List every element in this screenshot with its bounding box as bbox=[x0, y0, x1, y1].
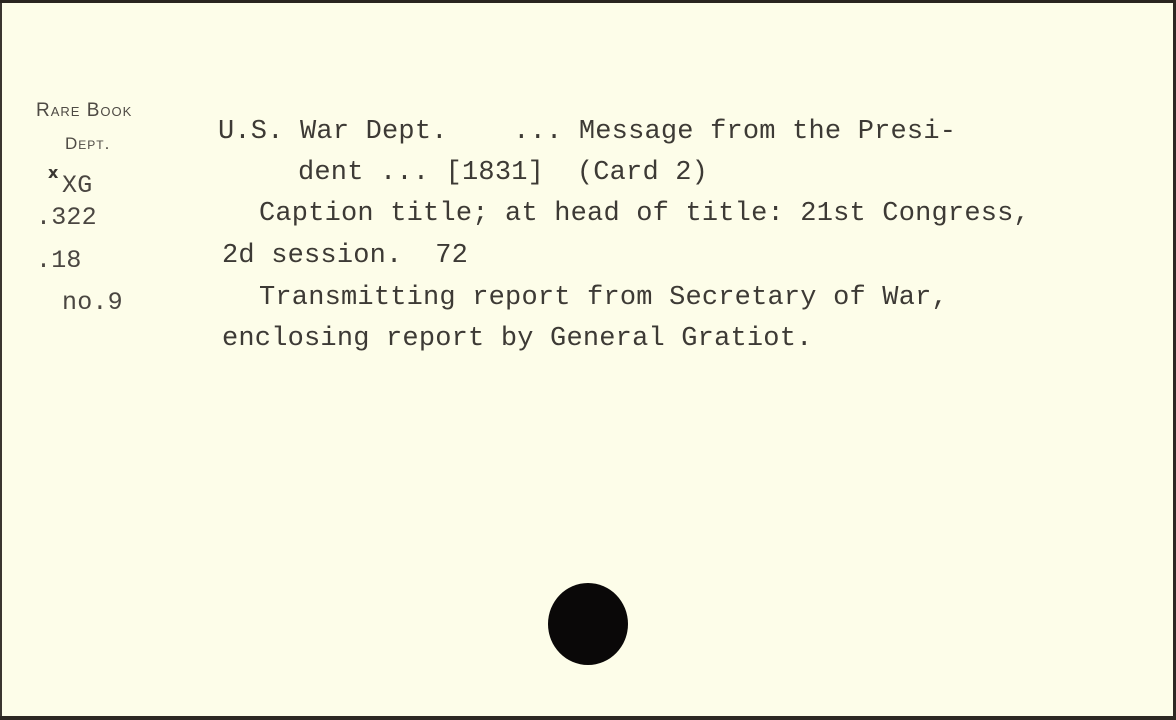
note-line: Caption title; at head of title: 21st Co… bbox=[259, 201, 1030, 228]
call-number-line: .18 bbox=[36, 248, 82, 273]
call-number-line: XG bbox=[62, 173, 92, 198]
card-edge-bottom bbox=[0, 716, 1176, 720]
catalog-card: Rare Book Dept. x XG .322 .18 no.9 U.S. … bbox=[0, 3, 1173, 716]
punch-hole bbox=[548, 583, 628, 665]
summary-line: enclosing report by General Gratiot. bbox=[222, 326, 813, 353]
rare-book-stamp-line1: Rare Book bbox=[36, 101, 132, 120]
summary-line: Transmitting report from Secretary of Wa… bbox=[259, 285, 948, 312]
call-number-line: .322 bbox=[36, 205, 97, 230]
call-number-mark: x bbox=[48, 163, 58, 182]
rare-book-stamp-line2: Dept. bbox=[65, 135, 110, 152]
call-number-line: no.9 bbox=[62, 290, 123, 315]
title-continuation-line: dent ... [1831] (Card 2) bbox=[298, 160, 708, 187]
heading-line: U.S. War Dept. ... Message from the Pres… bbox=[218, 119, 956, 146]
note-line: 2d session. 72 bbox=[222, 243, 468, 270]
